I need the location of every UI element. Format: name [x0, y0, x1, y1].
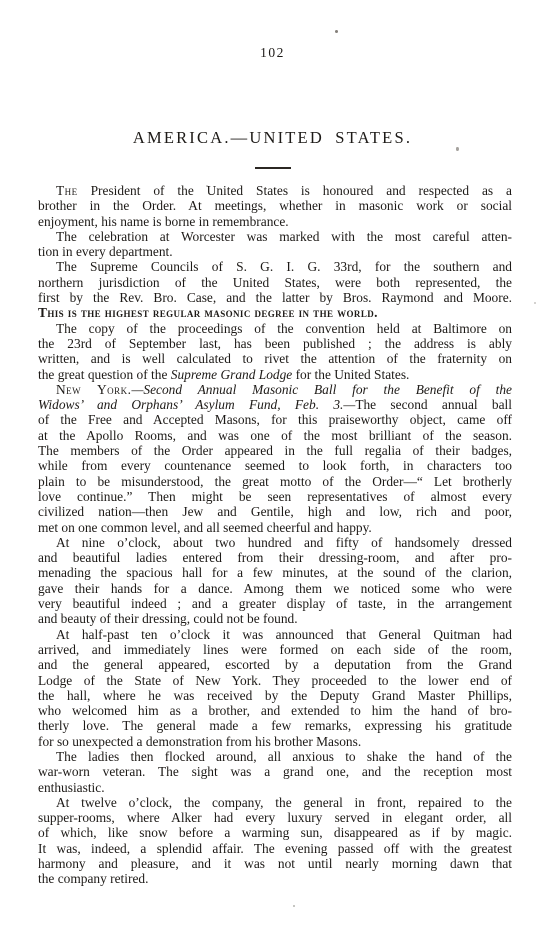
text-segment: harmony and pleasure, and it was not unt… — [38, 856, 512, 871]
text-segment: of which, like snow before a warming sun… — [38, 825, 512, 840]
text-line: brother in the Order. At meetings, wheth… — [38, 198, 512, 213]
text-line: tion in every department. — [38, 244, 512, 259]
text-segment: and beauty of their dressing, could not … — [38, 611, 298, 626]
text-segment: The — [56, 183, 78, 198]
text-segment: At half-past ten o’clock it was announce… — [56, 627, 512, 642]
text-segment: for so unexpected a demonstration from h… — [38, 734, 361, 749]
text-line: supper-rooms, where Alker had every luxu… — [38, 810, 512, 825]
text-line: The Supreme Councils of S. G. I. G. 33rd… — [38, 259, 512, 274]
text-line: war-worn veteran. The sight was a grand … — [38, 764, 512, 779]
text-segment: The members of the Order appeared in the… — [38, 443, 512, 458]
text-line: Widows’ and Orphans’ Asylum Fund, Feb. 3… — [38, 397, 512, 412]
text-segment: civilized nation—then Jew and Gentile, h… — [38, 504, 512, 519]
text-segment: northern jurisdiction of the United Stat… — [38, 275, 512, 290]
text-segment: The copy of the proceedings of the conve… — [56, 321, 512, 336]
text-segment: while from every countenance seemed to l… — [38, 458, 512, 473]
text-line: The members of the Order appeared in the… — [38, 443, 512, 458]
scan-speck — [335, 30, 338, 33]
text-segment: written, and is well calculated to rivet… — [38, 351, 512, 366]
text-segment: war-worn veteran. The sight was a grand … — [38, 764, 512, 779]
scan-speck — [456, 147, 459, 151]
text-line: the 23rd of September last, has been pub… — [38, 336, 512, 351]
text-segment: the hall, where he was received by the D… — [38, 688, 512, 703]
text-segment: love continue.” Then might be seen repre… — [38, 489, 512, 504]
paragraph: At twelve o’clock, the company, the gene… — [38, 795, 512, 887]
text-segment: of the Free and Accepted Masons, for thi… — [38, 412, 512, 427]
text-segment: The celebration at Worcester was marked … — [56, 229, 512, 244]
paragraph: The President of the United States is ho… — [38, 183, 512, 229]
text-line: At half-past ten o’clock it was announce… — [38, 627, 512, 642]
paragraph: New York.—Second Annual Masonic Ball for… — [38, 382, 512, 535]
text-line: It was, indeed, a splendid affair. The e… — [38, 841, 512, 856]
text-line: harmony and pleasure, and it was not unt… — [38, 856, 512, 871]
text-line: At nine o’clock, about two hundred and f… — [38, 535, 512, 550]
title-divider-rule — [255, 167, 291, 169]
text-segment: The second annual ball — [355, 397, 512, 412]
text-segment: supper-rooms, where Alker had every luxu… — [38, 810, 512, 825]
text-line: menading the spacious hall for a few min… — [38, 565, 512, 580]
text-segment: very beautiful indeed ; and a greater di… — [38, 596, 512, 611]
text-line: plain to be misunderstood, the great mot… — [38, 474, 512, 489]
text-segment: enjoyment, his name is borne in remembra… — [38, 214, 289, 229]
text-segment: the 23rd of September last, has been pub… — [38, 336, 512, 351]
scanned-book-page: 102 AMERICA.—UNITED STATES. The Presiden… — [0, 0, 545, 927]
text-line: New York.—Second Annual Masonic Ball for… — [38, 382, 512, 397]
text-line: enjoyment, his name is borne in remembra… — [38, 214, 512, 229]
text-line: enthusiastic. — [38, 780, 512, 795]
page-number: 102 — [0, 0, 545, 60]
text-segment: The Supreme Councils of S. G. I. G. 33rd… — [56, 259, 512, 274]
body-text: The President of the United States is ho… — [38, 183, 512, 887]
paragraph: At nine o’clock, about two hundred and f… — [38, 535, 512, 627]
text-line: The President of the United States is ho… — [38, 183, 512, 198]
text-segment: At nine o’clock, about two hundred and f… — [56, 535, 512, 550]
text-line: At twelve o’clock, the company, the gene… — [38, 795, 512, 810]
text-segment: Widows’ and Orphans’ Asylum Fund, Feb. 3… — [38, 397, 355, 412]
paragraph: The Supreme Councils of S. G. I. G. 33rd… — [38, 259, 512, 320]
text-segment: Supreme Grand Lodge — [171, 367, 293, 382]
text-line: and beauty of their dressing, could not … — [38, 611, 512, 626]
text-segment: first by the Rev. Bro. Case, and the lat… — [38, 290, 512, 305]
text-line: therly love. The general made a few rema… — [38, 718, 512, 733]
paragraph: The ladies then flocked around, all anxi… — [38, 749, 512, 795]
text-segment: therly love. The general made a few rema… — [38, 718, 512, 733]
text-segment: menading the spacious hall for a few min… — [38, 565, 512, 580]
scan-speck — [293, 905, 295, 907]
text-segment: the company retired. — [38, 871, 148, 886]
text-segment: The ladies then flocked around, all anxi… — [56, 749, 512, 764]
text-line: of the Free and Accepted Masons, for thi… — [38, 412, 512, 427]
text-segment: This is the highest regular masonic degr… — [38, 305, 378, 320]
text-line: The ladies then flocked around, all anxi… — [38, 749, 512, 764]
text-line: and the general appeared, escorted by a … — [38, 657, 512, 672]
text-segment: enthusiastic. — [38, 780, 105, 795]
paragraph: The copy of the proceedings of the conve… — [38, 321, 512, 382]
text-segment: gave their hands for a dance. Among them… — [38, 581, 512, 596]
text-segment: met on one common level, and all seemed … — [38, 520, 372, 535]
text-segment: and the general appeared, escorted by a … — [38, 657, 512, 672]
text-line: Lodge of the State of New York. They pro… — [38, 673, 512, 688]
text-line: northern jurisdiction of the United Stat… — [38, 275, 512, 290]
text-line: while from every countenance seemed to l… — [38, 458, 512, 473]
text-line: The copy of the proceedings of the conve… — [38, 321, 512, 336]
text-line: The celebration at Worcester was marked … — [38, 229, 512, 244]
text-segment: who welcomed him as a brother, and exten… — [38, 703, 512, 718]
text-line: met on one common level, and all seemed … — [38, 520, 512, 535]
text-line: of which, like snow before a warming sun… — [38, 825, 512, 840]
text-line: who welcomed him as a brother, and exten… — [38, 703, 512, 718]
text-line: written, and is well calculated to rivet… — [38, 351, 512, 366]
text-segment: the great question of the — [38, 367, 171, 382]
text-segment: New York. — [56, 382, 131, 397]
text-segment: brother in the Order. At meetings, wheth… — [38, 198, 512, 213]
text-line: at the Apollo Rooms, and was one of the … — [38, 428, 512, 443]
text-segment: —Second Annual Masonic Ball for the Bene… — [131, 382, 512, 397]
text-line: civilized nation—then Jew and Gentile, h… — [38, 504, 512, 519]
scan-speck — [534, 302, 536, 304]
page-title: AMERICA.—UNITED STATES. — [0, 129, 545, 147]
text-segment: At twelve o’clock, the company, the gene… — [56, 795, 512, 810]
text-line: the hall, where he was received by the D… — [38, 688, 512, 703]
text-segment: arrived, and immediately lines were form… — [38, 642, 512, 657]
text-line: gave their hands for a dance. Among them… — [38, 581, 512, 596]
text-segment: and beautiful ladies entered from their … — [38, 550, 512, 565]
text-segment: plain to be misunderstood, the great mot… — [38, 474, 512, 489]
text-segment: for the United States. — [292, 367, 409, 382]
text-segment: at the Apollo Rooms, and was one of the … — [38, 428, 512, 443]
text-line: very beautiful indeed ; and a greater di… — [38, 596, 512, 611]
paragraph: The celebration at Worcester was marked … — [38, 229, 512, 260]
text-segment: President of the United States is honour… — [78, 183, 512, 198]
scan-speck — [206, 185, 208, 187]
paragraph: At half-past ten o’clock it was announce… — [38, 627, 512, 749]
text-line: This is the highest regular masonic degr… — [38, 305, 512, 320]
text-segment: tion in every department. — [38, 244, 173, 259]
text-line: and beautiful ladies entered from their … — [38, 550, 512, 565]
text-line: first by the Rev. Bro. Case, and the lat… — [38, 290, 512, 305]
text-line: for so unexpected a demonstration from h… — [38, 734, 512, 749]
text-line: arrived, and immediately lines were form… — [38, 642, 512, 657]
text-line: the company retired. — [38, 871, 512, 886]
text-segment: Lodge of the State of New York. They pro… — [38, 673, 512, 688]
text-segment: It was, indeed, a splendid affair. The e… — [38, 841, 512, 856]
text-line: love continue.” Then might be seen repre… — [38, 489, 512, 504]
text-line: the great question of the Supreme Grand … — [38, 367, 512, 382]
